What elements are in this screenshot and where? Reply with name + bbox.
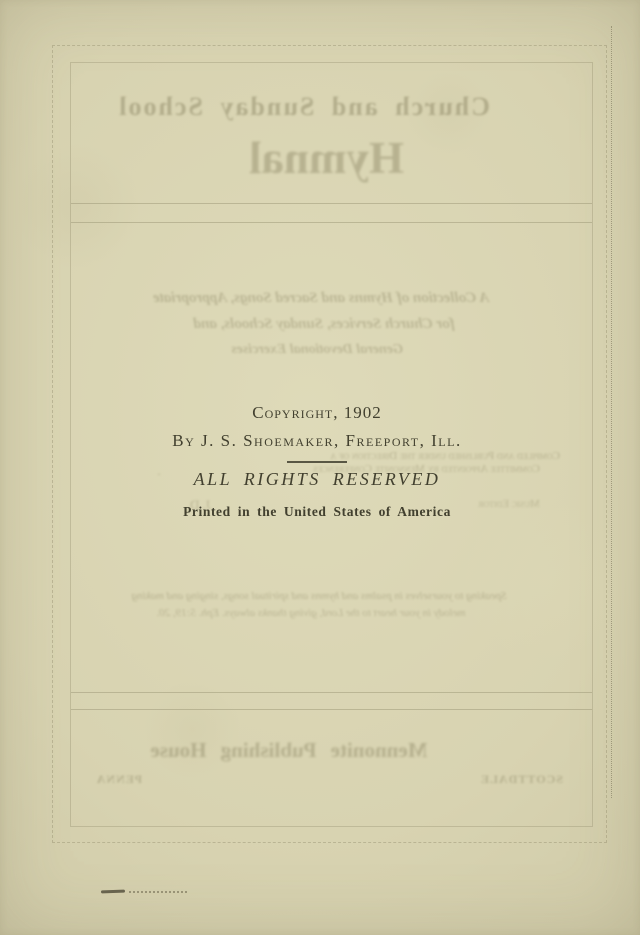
pencil-mark [101,890,187,893]
all-rights-reserved-line: ALL RIGHTS RESERVED [0,470,634,490]
separator-rule [287,461,347,463]
ghost-subtitle-line1: A Collection of Hymns and Sacred Songs, … [106,290,536,307]
ghost-divider-rule-top-2 [71,222,592,223]
ghost-publisher-name: Mennonite Publishing House [137,738,441,763]
ghost-divider-rule-bottom-1 [71,692,592,693]
ghost-verse-line1: Speaking to yourselves in psalms and hym… [78,590,560,602]
ghost-verse-line2: melody in your heart to the Lord, giving… [83,607,539,619]
pencil-mark-blob [101,890,125,894]
pencil-mark-dots [129,891,187,893]
ghost-divider-rule-top-1 [71,203,592,204]
ghost-divider-rule-bottom-2 [71,709,592,710]
copyright-byline: By J. S. Shoemaker, Freeport, Ill. [0,432,634,451]
copyright-year-line: Copyright, 1902 [0,404,634,423]
ghost-title-line2: Hymnal [220,132,433,184]
ghost-subtitle-line3: General Devotional Exercises [237,342,403,358]
printed-in-usa-line: Printed in the United States of America [0,505,634,520]
ghost-place-penna: PENNA [88,772,150,787]
ghost-subtitle-line2: for Church Services, Sunday Schools, and [193,316,455,333]
ghost-title-line1: Church and Sunday School [123,92,490,122]
scanned-book-page: Church and Sunday School Hymnal A Collec… [0,0,640,935]
ghost-place-scottdale: SCOTTDALE [493,772,563,787]
copyright-block: Copyright, 1902 By J. S. Shoemaker, Free… [0,404,634,520]
